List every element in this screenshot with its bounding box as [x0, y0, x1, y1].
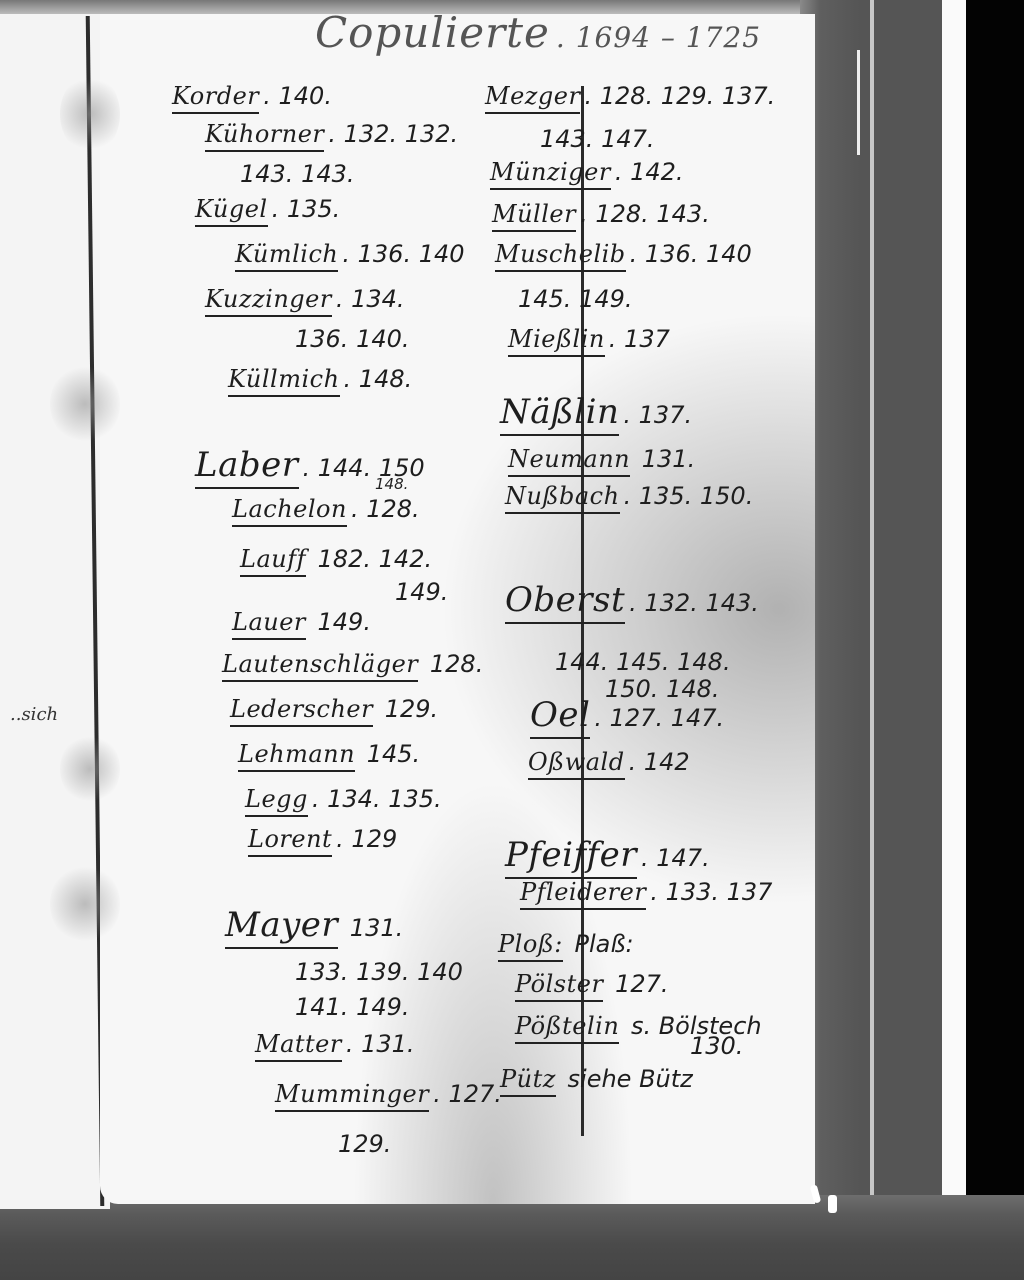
page-references: . 137.: [623, 401, 692, 429]
superscript-reference: 148.: [375, 475, 408, 493]
continued-references: 136. 140.: [295, 325, 410, 353]
scanned-ledger-page: ..sich Copulierte. 1694 – 1725 Korder. 1…: [0, 0, 1024, 1280]
page-references: . 131.: [346, 1030, 415, 1058]
surname: Lauer: [232, 608, 306, 640]
page-references: . 129: [336, 825, 397, 853]
page-references: 131.: [634, 445, 695, 473]
index-entry: Lederscher 129.: [230, 695, 438, 723]
index-entry: Münziger. 142.: [490, 158, 684, 186]
page-references: . 148.: [344, 365, 413, 393]
index-entry: Mayer 131.: [225, 905, 403, 945]
page-references: . 142.: [615, 158, 684, 186]
page-references: . 137: [609, 325, 670, 353]
margin-note: ..sich: [10, 704, 58, 725]
page-references: siehe Bütz: [560, 1065, 693, 1093]
surname: Legg: [245, 785, 308, 817]
index-entry: Lauff 182. 142.: [240, 545, 432, 573]
page-references: . 132. 132.: [328, 120, 458, 148]
surname: Ploß:: [498, 930, 563, 962]
page-references: . 128. 129. 137.: [584, 82, 775, 110]
page-references: . 134.: [336, 285, 405, 313]
film-border-black: [966, 0, 1024, 1280]
surname: Neumann: [508, 445, 630, 477]
page-references: . 136. 140: [630, 240, 752, 268]
surname: Pößtelin: [515, 1012, 619, 1044]
index-entry: Muschelib. 136. 140: [495, 240, 752, 268]
surname: Müller: [492, 200, 576, 232]
surname: Lachelon: [232, 495, 347, 527]
surname: Lorent: [248, 825, 332, 857]
page-references: . 127.: [433, 1080, 502, 1108]
surname: Kügel: [195, 195, 268, 227]
index-entry: Pfeiffer. 147.: [505, 835, 710, 875]
index-entry: Lauer 149.: [232, 608, 371, 636]
surname: Laber: [195, 445, 299, 489]
index-entry: Küllmich. 148.: [228, 365, 412, 393]
continued-references: 143. 147.: [540, 125, 655, 153]
index-entry: Pfleiderer. 133. 137: [520, 878, 772, 906]
index-entry: Näßlin. 137.: [500, 392, 692, 432]
surname: Pfeiffer: [505, 835, 637, 879]
surname: Matter: [255, 1030, 342, 1062]
surname: Korder: [172, 82, 259, 114]
surname: Lederscher: [230, 695, 373, 727]
continued-references: 133. 139. 140: [295, 958, 463, 986]
page-references: 127.: [607, 970, 668, 998]
page-references: . 135.: [272, 195, 341, 223]
index-entry: Mießlin. 137: [508, 325, 670, 353]
surname: Nußbach: [505, 482, 620, 514]
continued-references: 144. 145. 148.: [555, 648, 731, 676]
index-entry: Oel. 127. 147.: [530, 695, 724, 735]
surname: Mießlin: [508, 325, 605, 357]
index-entry: Korder. 140.: [172, 82, 332, 110]
index-entry: Lorent. 129: [248, 825, 397, 853]
page-references: 129.: [377, 695, 438, 723]
index-entry: Pütz siehe Bütz: [500, 1065, 693, 1093]
page-references: . 127. 147.: [594, 704, 724, 732]
continued-references: 130.: [690, 1032, 743, 1060]
index-entry: Lachelon. 128.: [232, 495, 420, 523]
page-references: 149.: [310, 608, 371, 636]
surname: Pütz: [500, 1065, 556, 1097]
index-entry: Kuzzinger. 134.: [205, 285, 405, 313]
continued-references: 129.: [338, 1130, 391, 1158]
index-entry: Pölster 127.: [515, 970, 669, 998]
index-entry: Mumminger. 127.: [275, 1080, 502, 1108]
film-artifact: [828, 1195, 837, 1213]
page-references: 182. 142.: [310, 545, 432, 573]
page-references: . 132. 143.: [629, 589, 759, 617]
index-entry: Oberst. 132. 143.: [505, 580, 759, 620]
continued-references: 149.: [395, 578, 448, 606]
surname: Oßwald: [528, 748, 625, 780]
index-entry: Lautenschläger 128.: [222, 650, 483, 678]
index-entry: Matter. 131.: [255, 1030, 415, 1058]
surname: Lautenschläger: [222, 650, 418, 682]
page-references: . 142: [629, 748, 690, 776]
title-years: . 1694 – 1725: [556, 21, 761, 54]
page-references: . 128. 143.: [580, 200, 710, 228]
index-entry: Ploß: Plaß:: [498, 930, 634, 958]
page-references: . 147.: [641, 844, 710, 872]
index-entry: Nußbach. 135. 150.: [505, 482, 753, 510]
index-entry: Oßwald. 142: [528, 748, 690, 776]
surname: Näßlin: [500, 392, 619, 436]
surname: Pfleiderer: [520, 878, 646, 910]
page-references: . 136. 140: [342, 240, 464, 268]
surname: Mumminger: [275, 1080, 429, 1112]
surname: Kuzzinger: [205, 285, 332, 317]
index-entry: Neumann 131.: [508, 445, 695, 473]
index-entry: Kügel. 135.: [195, 195, 340, 223]
binding-highlight: [857, 50, 860, 155]
page-references: 131.: [342, 914, 403, 942]
page-references: . 128.: [351, 495, 420, 523]
surname: Münziger: [490, 158, 611, 190]
binding-edge: [870, 0, 874, 1230]
index-entry: Müller. 128. 143.: [492, 200, 710, 228]
surname: Kühorner: [205, 120, 324, 152]
index-entry: Legg. 134. 135.: [245, 785, 442, 813]
surname: Mezger: [485, 82, 580, 114]
surname: Kümlich: [235, 240, 338, 272]
index-entry: Kümlich. 136. 140: [235, 240, 465, 268]
continued-references: 145. 149.: [518, 285, 633, 313]
page-references: . 135. 150.: [624, 482, 754, 510]
surname: Lehmann: [238, 740, 355, 772]
title-text: Copulierte: [315, 8, 550, 57]
page-references: . 133. 137: [650, 878, 772, 906]
surname: Oberst: [505, 580, 625, 624]
film-border-white: [942, 0, 966, 1280]
index-entry: Kühorner. 132. 132.: [205, 120, 458, 148]
surname: Pölster: [515, 970, 603, 1002]
page-references: Plaß:: [567, 930, 634, 958]
page-title: Copulierte. 1694 – 1725: [315, 8, 761, 57]
page-references: . 140.: [263, 82, 332, 110]
continued-references: 141. 149.: [295, 993, 410, 1021]
surname: Muschelib: [495, 240, 626, 272]
bottom-shadow: [0, 1195, 1024, 1280]
index-entry: Lehmann 145.: [238, 740, 420, 768]
index-entry: Mezger. 128. 129. 137.: [485, 82, 775, 110]
surname: Lauff: [240, 545, 306, 577]
continued-references: 143. 143.: [240, 160, 355, 188]
page-references: 128.: [422, 650, 483, 678]
surname: Mayer: [225, 905, 338, 949]
surname: Oel: [530, 695, 590, 739]
page-references: 145.: [359, 740, 420, 768]
page-references: . 134. 135.: [312, 785, 442, 813]
surname: Küllmich: [228, 365, 340, 397]
